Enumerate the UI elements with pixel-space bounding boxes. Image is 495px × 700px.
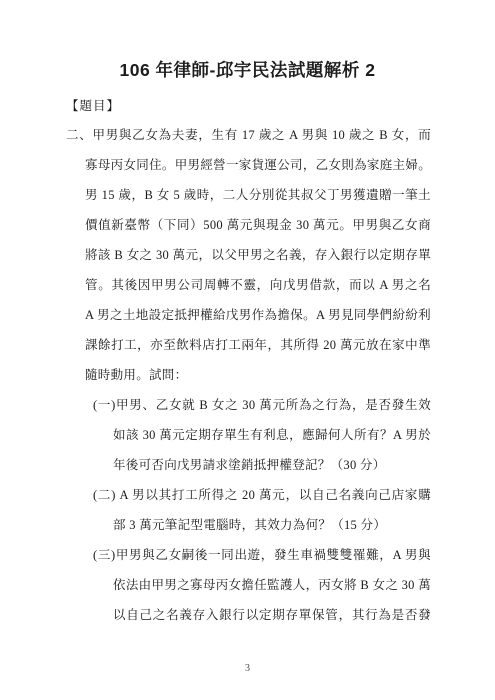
section-header-question: 【題目】 [66, 96, 120, 114]
text-line: 如該 30 萬元定期存單生有利息，應歸何人所有？A 男於成 [66, 420, 431, 450]
text-line: 年後可否向戊男請求塗銷抵押權登記？（30 分） [66, 450, 431, 480]
text-line-subquestion-3: (三)甲男與乙女嗣後一同出遊，發生車禍雙雙罹難，A 男與 B 女乃 [66, 540, 431, 570]
text-line: 課餘打工，亦至飲料店打工兩年，其所得 20 萬元放在家中準備 [66, 330, 431, 360]
text-line-subquestion-1: (一)甲男、乙女就 B 女之 30 萬元所為之行為，是否發生效力？ [66, 390, 431, 420]
text-line-subquestion-2: (二) A 男以其打工所得之 20 萬元，以自己名義向己店家購買一 [66, 480, 431, 510]
text-line: 依法由甲男之寡母丙女擔任監護人，丙女將 B 女之 30 萬元， [66, 570, 431, 600]
text-line: 以自己之名義存入銀行以定期存單保管，其行為是否發生效 [66, 600, 431, 630]
text-line: 二、甲男與乙女為夫妻，生有 17 歲之 A 男與 10 歲之 B 女，而與甲之 [66, 120, 431, 150]
text-line: 部 3 萬元筆記型電腦時，其效力為何？（15 分） [66, 510, 431, 540]
text-line: 寡母丙女同住。甲男經營一家貨運公司，乙女則為家庭主婦。A [66, 150, 431, 180]
question-body: 二、甲男與乙女為夫妻，生有 17 歲之 A 男與 10 歲之 B 女，而與甲之 … [66, 120, 431, 630]
text-line: A 男之土地設定抵押權給戊男作為擔保。A 男見同學們紛紛利用 [66, 300, 431, 330]
document-page: 106 年律師-邱宇民法試題解析 2 【題目】 二、甲男與乙女為夫妻，生有 17… [0, 0, 495, 700]
text-line: 將該 B 女之 30 萬元，以父甲男之名義，存入銀行以定期存單保 [66, 240, 431, 270]
text-line: 隨時動用。試問： [66, 360, 431, 390]
page-title: 106 年律師-邱宇民法試題解析 2 [0, 57, 495, 82]
text-line: 男 15 歲，B 女 5 歲時，二人分別從其叔父丁男獲遺贈一筆土地 [66, 180, 431, 210]
page-number: 3 [0, 663, 495, 674]
text-line: 價值新臺幣（下同）500 萬元與現金 30 萬元。甲男與乙女商議， [66, 210, 431, 240]
text-line: 管。其後因甲男公司周轉不靈，向戊男借款，而以 A 男之名義將 [66, 270, 431, 300]
